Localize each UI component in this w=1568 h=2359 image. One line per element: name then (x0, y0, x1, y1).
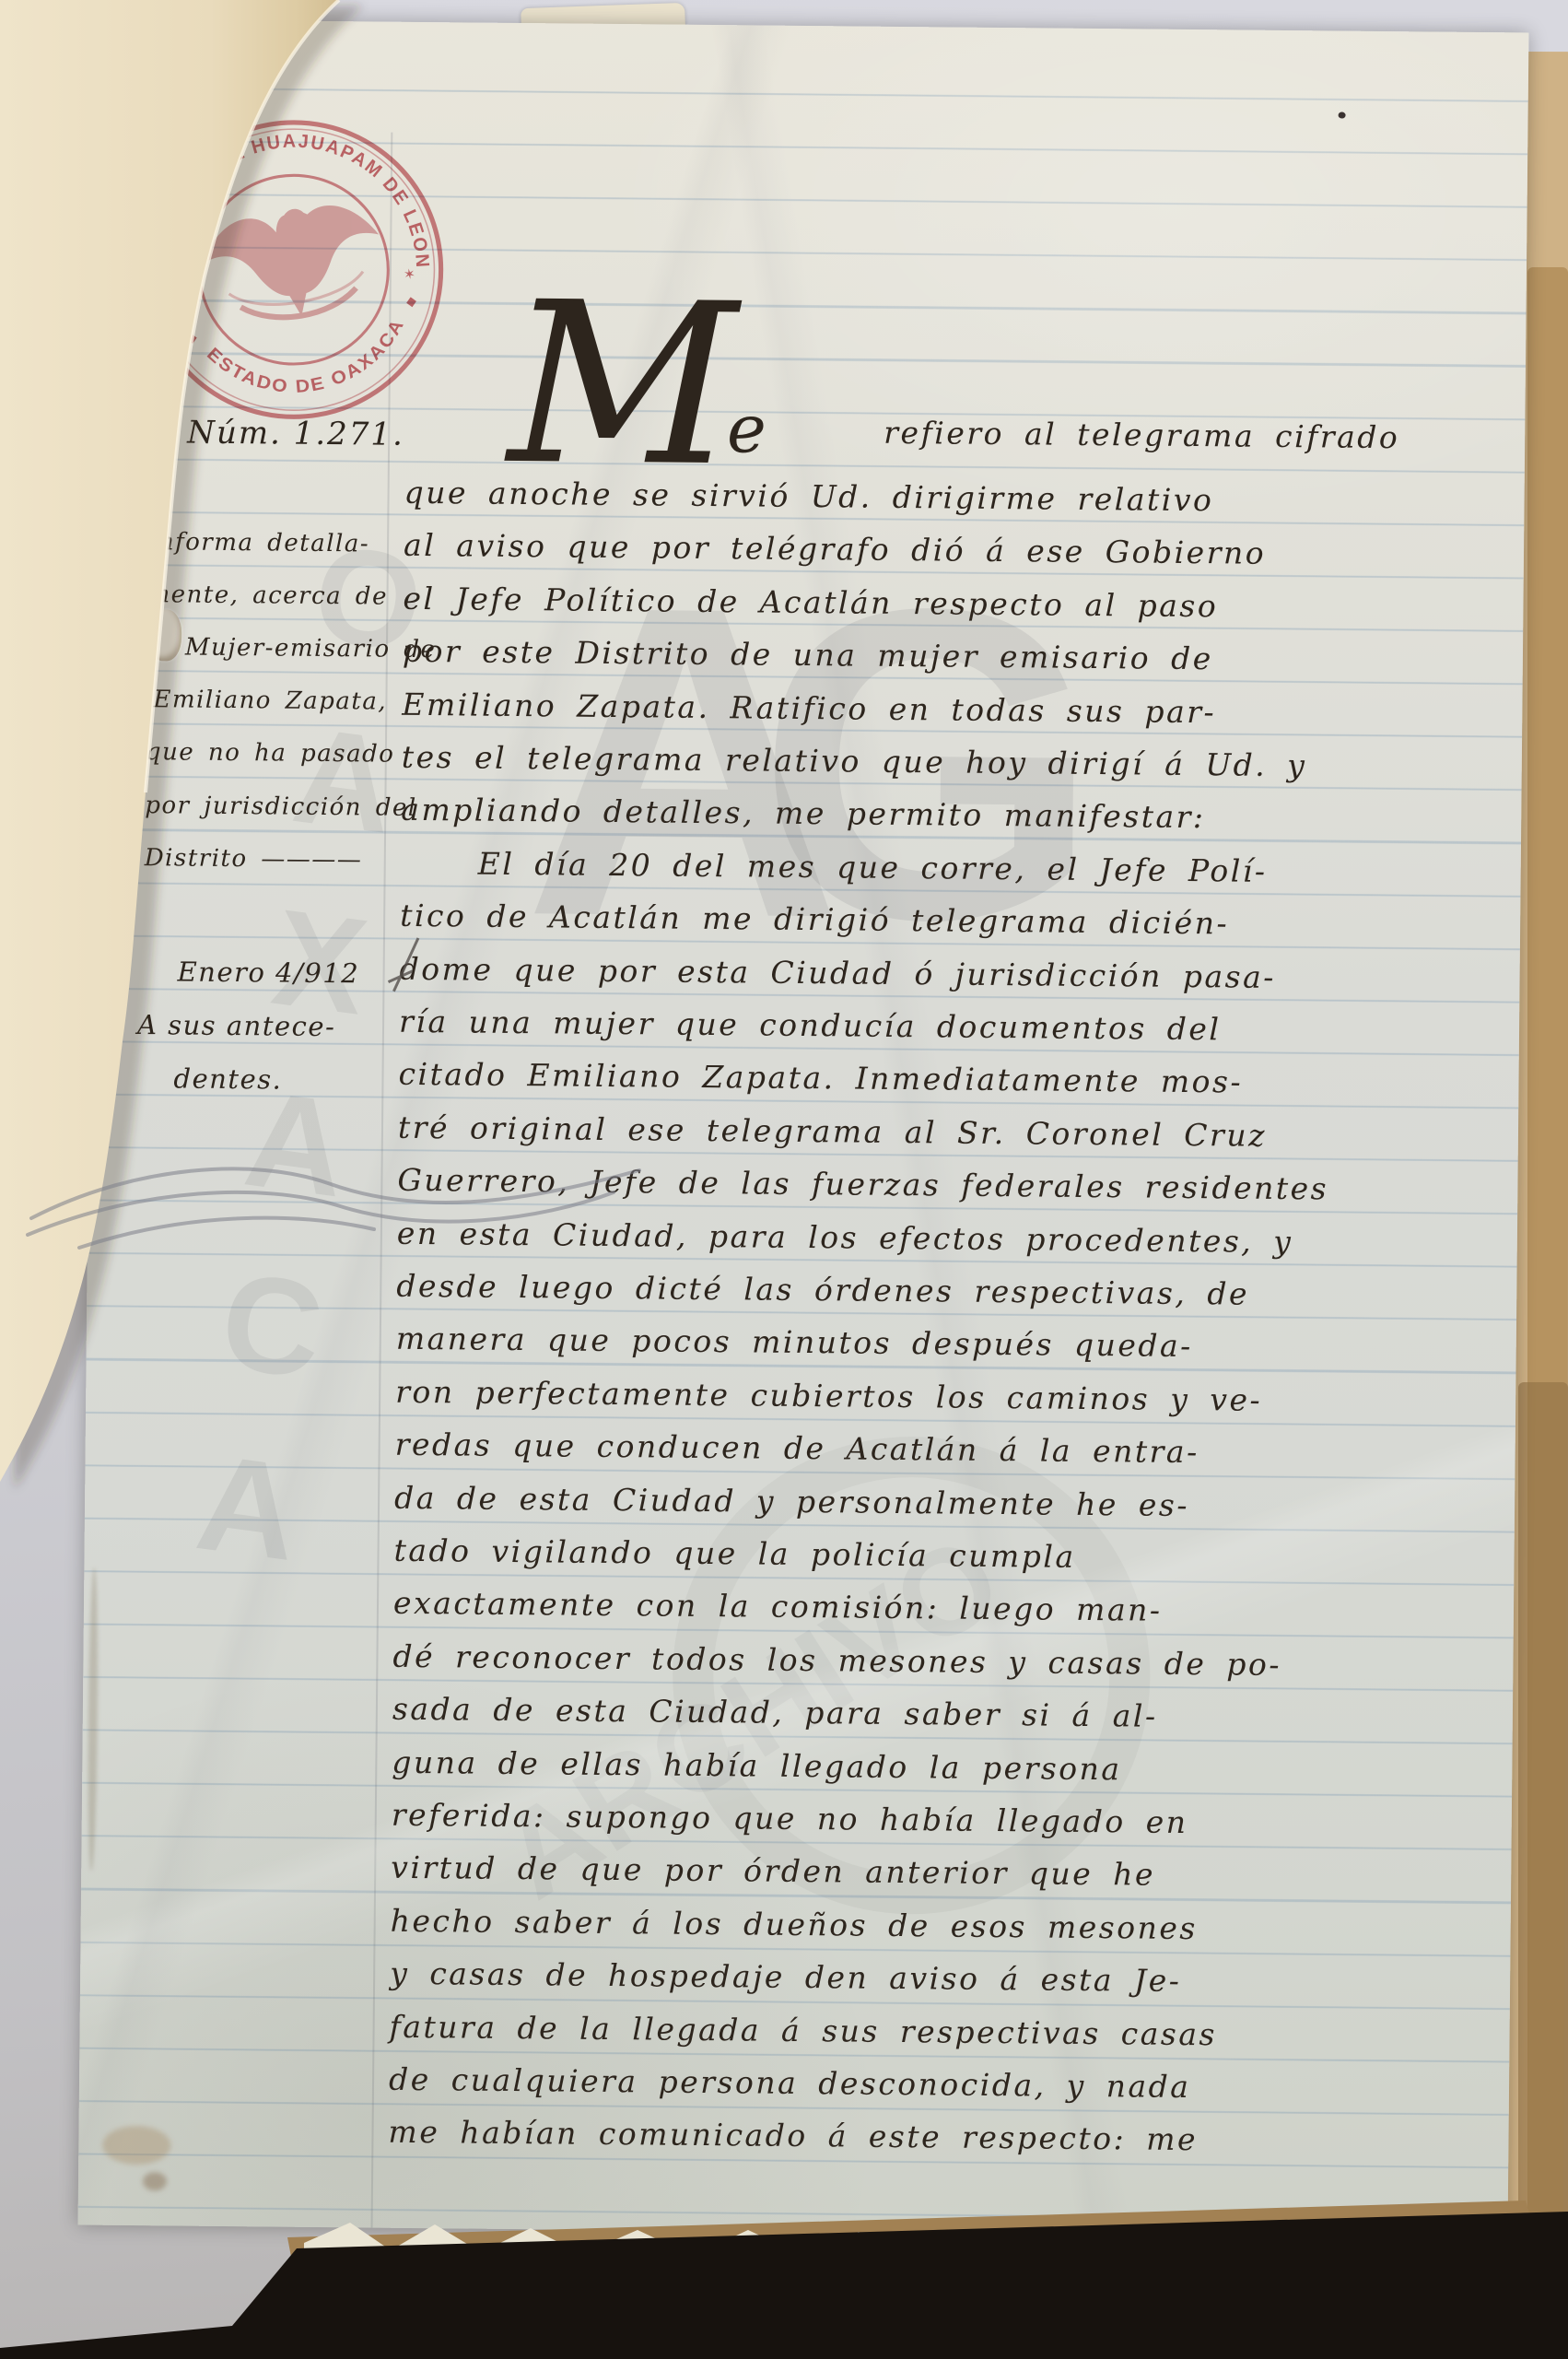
folded-cover-page (0, 0, 479, 1567)
manuscript-line: virtud de que por órden anterior que he (391, 1852, 1155, 1890)
paper-stain (143, 2172, 167, 2190)
manuscript-line: manera que pocos minutos después queda- (396, 1323, 1193, 1361)
manuscript-line: y casas de hospedaje den aviso á esta Je… (390, 1958, 1182, 1996)
opening-word: M e (508, 244, 768, 477)
manuscript-line: ría una mujer que conducía documentos de… (399, 1006, 1222, 1045)
pencil-scribble (24, 1139, 669, 1277)
manuscript-line: El día 20 del mes que corre, el Jefe Pol… (478, 849, 1268, 886)
manuscript-line: da de esta Ciudad y personalmente he es- (394, 1483, 1189, 1520)
manuscript-line: tes el telegrama relativo que hoy dirigí… (402, 742, 1307, 780)
manuscript-line: fatura de la llegada á sus respectivas c… (389, 2012, 1217, 2050)
manuscript-line: refiero al telegrama cifrado (883, 417, 1399, 452)
manuscript-line: el Jefe Político de Acatlán respecto al … (403, 583, 1218, 621)
right-page-stack-edge (1518, 1382, 1568, 2304)
manuscript-line: hecho saber á los dueños de esos mesones (391, 1906, 1198, 1943)
manuscript-line: exactamente con la comisión: luego man- (393, 1588, 1163, 1625)
manuscript-line: ampliando detalles, me permito manifesta… (401, 794, 1206, 832)
manuscript-line: sada de esta Ciudad, para saber si á al- (392, 1694, 1158, 1731)
manuscript-line: dome que por esta Ciudad ó jurisdicción … (399, 954, 1276, 992)
manuscript-line: redas que conducen de Acatlán á la entra… (395, 1429, 1199, 1467)
manuscript-line: guna de ellas había llegado la persona (392, 1747, 1122, 1785)
manuscript-line: al aviso que por telégrafo dió á ese Gob… (404, 530, 1266, 569)
manuscript-line: por este Distrito de una mujer emisario … (403, 636, 1213, 674)
manuscript-line: de cualquiera persona desconocida, y nad… (389, 2064, 1191, 2102)
manuscript-line: tado vigilando que la policía cumpla (393, 1535, 1075, 1572)
manuscript-line: dé reconocer todos los mesones y casas d… (392, 1641, 1281, 1680)
manuscript-line: citado Emiliano Zapata. Inmediatamente m… (398, 1059, 1243, 1097)
ink-dot (1339, 112, 1346, 119)
manuscript-line: que anoche se sirvió Ud. dirigirme relat… (404, 477, 1213, 515)
manuscript-line: tico de Acatlán me dirigió telegrama dic… (400, 900, 1229, 939)
manuscript-line: me habían comunicado á este respecto: me (388, 2117, 1198, 2154)
manuscript-line: ron perfectamente cubiertos los caminos … (395, 1377, 1262, 1415)
manuscript-line: Emiliano Zapata. Ratifico en todas sus p… (402, 689, 1216, 727)
ornate-initial: M (508, 296, 738, 476)
archival-document-photo: AG OAXACA ARCHIVO DEL DISTRITO DE HUAJUA… (0, 0, 1568, 2359)
paper-stain (102, 2126, 170, 2165)
manuscript-line: referida: supongo que no había llegado e… (392, 1800, 1188, 1837)
